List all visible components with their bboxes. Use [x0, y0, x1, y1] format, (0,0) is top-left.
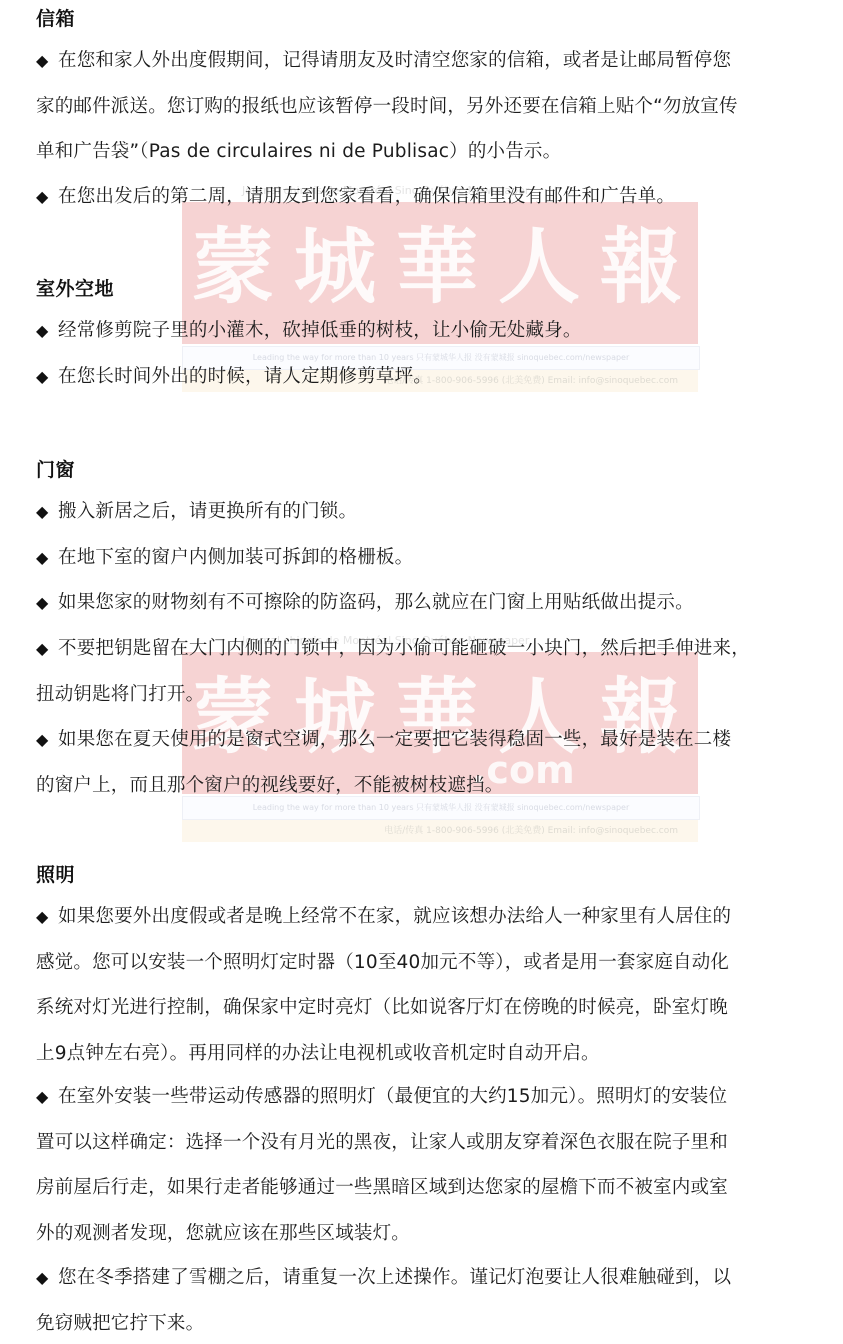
diamond-bullet-icon: ◆ [36, 626, 58, 672]
list-item: ◆您在冬季搭建了雪棚之后，请重复一次上述操作。谨记灯泡要让人很难触碰到，以 免窃… [36, 1255, 826, 1344]
watermark-characters: 蒙城華人報 [192, 202, 692, 319]
diamond-bullet-icon: ◆ [36, 489, 58, 535]
diamond-bullet-icon: ◆ [36, 1255, 58, 1301]
list-item: ◆在室外安装一些带运动传感器的照明灯（最便宜的大约15加元）。照明灯的安装位 置… [36, 1074, 826, 1256]
diamond-bullet-icon: ◆ [36, 1074, 58, 1120]
diamond-bullet-icon: ◆ [36, 580, 58, 626]
list-item: ◆在您出发后的第二周，请朋友到您家看看，确保信箱里没有邮件和广告单。 [36, 174, 826, 220]
list-item: ◆不要把钥匙留在大门内侧的门锁中，因为小偷可能砸破一小块门，然后把手伸进来， 扭… [36, 626, 826, 717]
list-item: ◆如果您家的财物刻有不可擦除的防盗码，那么就应在门窗上用贴纸做出提示。 [36, 580, 826, 626]
list-item: ◆在您和家人外出度假期间，记得请朋友及时清空您家的信箱，或者是让邮局暂停您 家的… [36, 38, 826, 175]
list-item: ◆如果您要外出度假或者是晚上经常不在家，就应该想办法给人一种家里有人居住的 感觉… [36, 894, 826, 1076]
diamond-bullet-icon: ◆ [36, 308, 58, 354]
list-item: ◆经常修剪院子里的小灌木，砍掉低垂的树枝，让小偷无处藏身。 [36, 308, 826, 354]
list-item: ◆如果您在夏天使用的是窗式空调，那么一定要把它装得稳固一些，最好是装在二楼 的窗… [36, 717, 826, 808]
section-title-lighting: 照明 [36, 860, 75, 887]
list-item: ◆搬入新居之后，请更换所有的门锁。 [36, 489, 826, 535]
diamond-bullet-icon: ◆ [36, 535, 58, 581]
list-item: ◆在您长时间外出的时候，请人定期修剪草坪。 [36, 354, 826, 400]
diamond-bullet-icon: ◆ [36, 38, 58, 84]
watermark-strip-contact: 电话/传真 1-800-906-5996 (北美免费) Email: info@… [182, 820, 698, 842]
diamond-bullet-icon: ◆ [36, 354, 58, 400]
diamond-bullet-icon: ◆ [36, 894, 58, 940]
diamond-bullet-icon: ◆ [36, 717, 58, 763]
section-title-mailbox: 信箱 [36, 4, 75, 31]
section-title-outdoor: 室外空地 [36, 274, 114, 301]
section-title-doors-windows: 门窗 [36, 455, 75, 482]
list-item: ◆在地下室的窗户内侧加装可拆卸的格栅板。 [36, 535, 826, 581]
diamond-bullet-icon: ◆ [36, 174, 58, 220]
